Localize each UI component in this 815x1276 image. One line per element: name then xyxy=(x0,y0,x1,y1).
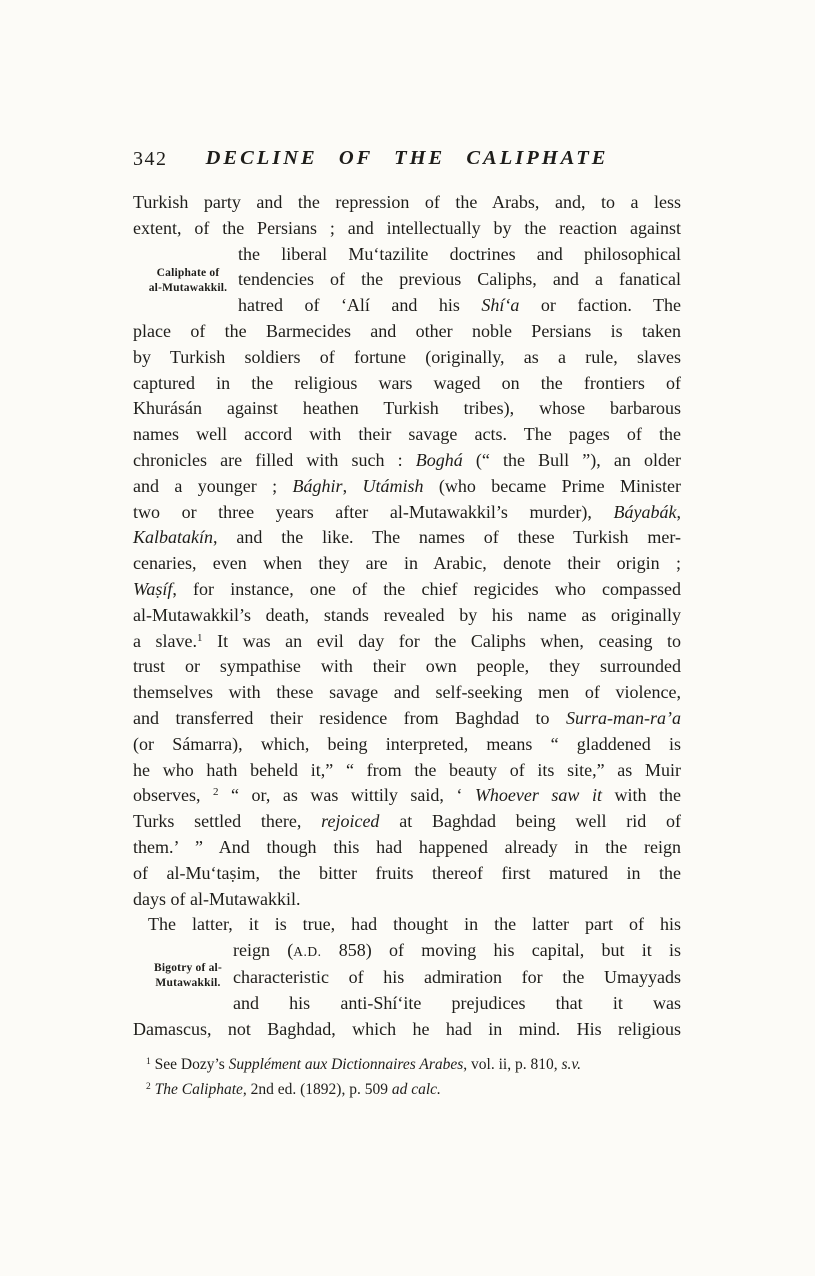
text-line: cenaries, even when they are in Arabic, … xyxy=(133,551,681,577)
text-segment: at Baghdad being well rid of xyxy=(379,811,681,831)
text-segment: he who hath beheld it,” “ from the beaut… xyxy=(133,760,681,780)
text-line: Khurásán against heathen Turkish tribes)… xyxy=(133,396,681,422)
text-segment: and a younger ; xyxy=(133,476,293,496)
italic-text: Boghá xyxy=(416,450,463,470)
text-segment: , xyxy=(343,476,363,496)
text-segment: chronicles are filled with such : xyxy=(133,450,416,470)
italic-text: Waṣíf xyxy=(133,579,172,599)
text-segment: (or Sámarra), which, being interpreted, … xyxy=(133,734,681,754)
text-segment: trust or sympathise with their own peopl… xyxy=(133,656,681,676)
text-line: tendencies of the previous Caliphs, and … xyxy=(238,267,681,293)
text-line: two or three years after al-Mutawakkil’s… xyxy=(133,500,681,526)
italic-text: Bághir xyxy=(293,476,343,496)
text-segment: and his anti-Shí‘ite prejudices that it … xyxy=(233,993,681,1013)
text-segment: them.’ ” And though this had happened al… xyxy=(133,837,681,857)
text-line: reign (A.D. 858) of moving his capital, … xyxy=(233,938,681,965)
italic-text: rejoiced xyxy=(321,811,379,831)
page-number: 342 xyxy=(133,148,168,171)
book-page: 342 DECLINE OF THE CALIPHATE Caliphate o… xyxy=(0,0,815,1276)
body-text: Turkish party and the repression of the … xyxy=(133,190,681,1042)
text-segment: of al-Mu‘taṣim, the bitter fruits thereo… xyxy=(133,863,681,883)
text-segment: The latter, it is true, had thought in t… xyxy=(148,914,681,934)
text-line: captured in the religious wars waged on … xyxy=(133,371,681,397)
text-segment: It was an evil day for the Caliphs when,… xyxy=(203,631,681,651)
text-segment: See Dozy’s xyxy=(151,1056,229,1073)
text-segment: themselves with these savage and self-se… xyxy=(133,682,681,702)
italic-text: Báyabák xyxy=(614,502,677,522)
page-header: 342 DECLINE OF THE CALIPHATE xyxy=(133,147,681,173)
text-segment: Khurásán against heathen Turkish tribes)… xyxy=(133,398,681,418)
running-title: DECLINE OF THE CALIPHATE xyxy=(133,147,681,170)
text-line: (or Sámarra), which, being interpreted, … xyxy=(133,732,681,758)
text-segment: , and the like. The names of these Turki… xyxy=(213,527,681,547)
text-line: them.’ ” And though this had happened al… xyxy=(133,835,681,861)
text-segment: reign ( xyxy=(233,940,293,960)
text-segment: , 2nd ed. (1892), p. 509 xyxy=(243,1081,392,1098)
text-line: Damascus, not Baghdad, which he had in m… xyxy=(133,1017,681,1043)
text-segment: or faction. The xyxy=(519,295,681,315)
text-line: of al-Mu‘taṣim, the bitter fruits thereo… xyxy=(133,861,681,887)
text-segment: “ or, as was wittily said, ‘ xyxy=(219,785,475,805)
text-line: he who hath beheld it,” “ from the beaut… xyxy=(133,758,681,784)
text-line: by Turkish soldiers of fortune (original… xyxy=(133,345,681,371)
text-segment: Turks settled there, xyxy=(133,811,321,831)
text-segment: , for instance, one of the chief regicid… xyxy=(172,579,681,599)
text-line: characteristic of his admiration for the… xyxy=(233,965,681,991)
text-line: hatred of ‘Alí and his Shí‘a or faction.… xyxy=(238,293,681,319)
text-segment: extent, of the Persians ; and intellectu… xyxy=(133,218,681,238)
text-segment: observes, xyxy=(133,785,213,805)
italic-text: The Caliphate xyxy=(155,1081,243,1098)
text-line: Waṣíf, for instance, one of the chief re… xyxy=(133,577,681,603)
text-line: extent, of the Persians ; and intellectu… xyxy=(133,216,681,242)
italic-text: ad calc. xyxy=(392,1081,441,1098)
text-segment: names well accord with their savage acts… xyxy=(133,424,681,444)
text-segment: cenaries, even when they are in Arabic, … xyxy=(133,553,681,573)
text-segment: (“ the Bull ”), an older xyxy=(463,450,681,470)
text-segment: A.D. xyxy=(293,944,321,959)
text-line: the liberal Mu‘tazilite doctrines and ph… xyxy=(238,242,681,268)
text-segment: by Turkish soldiers of fortune (original… xyxy=(133,347,681,367)
text-segment: with the xyxy=(602,785,681,805)
text-line: days of al-Mutawakkil. xyxy=(133,887,681,913)
text-line: and his anti-Shí‘ite prejudices that it … xyxy=(233,991,681,1017)
footnote-line: 2 The Caliphate, 2nd ed. (1892), p. 509 … xyxy=(133,1077,681,1102)
italic-text: Surra-man-ra’a xyxy=(566,708,681,728)
text-line: and transferred their residence from Bag… xyxy=(133,706,681,732)
italic-text: Supplément aux Dictionnaires Arabes xyxy=(229,1056,464,1073)
italic-text: Whoever saw it xyxy=(475,785,602,805)
text-segment: captured in the religious wars waged on … xyxy=(133,373,681,393)
italic-text: Kalbatakín xyxy=(133,527,213,547)
footnotes: 1 See Dozy’s Supplément aux Dictionnaire… xyxy=(133,1052,681,1102)
text-line: names well accord with their savage acts… xyxy=(133,422,681,448)
text-segment: the liberal Mu‘tazilite doctrines and ph… xyxy=(238,244,681,264)
text-segment: two or three years after al-Mutawakkil’s… xyxy=(133,502,614,522)
text-segment: , vol. ii, p. 810, xyxy=(463,1056,561,1073)
text-segment: 858) of moving his capital, but it is xyxy=(321,940,681,960)
text-segment: a slave. xyxy=(133,631,197,651)
text-line: trust or sympathise with their own peopl… xyxy=(133,654,681,680)
text-segment: days of al-Mutawakkil. xyxy=(133,889,300,909)
text-line: Turkish party and the repression of the … xyxy=(133,190,681,216)
text-line: and a younger ; Bághir, Utámish (who bec… xyxy=(133,474,681,500)
text-line: chronicles are filled with such : Boghá … xyxy=(133,448,681,474)
text-segment: Damascus, not Baghdad, which he had in m… xyxy=(133,1019,681,1039)
text-line: themselves with these savage and self-se… xyxy=(133,680,681,706)
text-line: place of the Barmecides and other noble … xyxy=(133,319,681,345)
text-line: The latter, it is true, had thought in t… xyxy=(133,912,681,938)
text-segment: place of the Barmecides and other noble … xyxy=(133,321,681,341)
text-segment: (who became Prime Minister xyxy=(423,476,681,496)
text-line: al-Mutawakkil’s death, stands revealed b… xyxy=(133,603,681,629)
italic-text: s.v. xyxy=(561,1056,581,1073)
text-segment: , xyxy=(677,502,682,522)
text-line: observes, 2 “ or, as was wittily said, ‘… xyxy=(133,783,681,809)
text-segment: Turkish party and the repression of the … xyxy=(133,192,681,212)
italic-text: Utámish xyxy=(362,476,423,496)
text-segment: characteristic of his admiration for the… xyxy=(233,967,681,987)
italic-text: Shí‘a xyxy=(481,295,519,315)
text-segment: hatred of ‘Alí and his xyxy=(238,295,481,315)
text-line: Turks settled there, rejoiced at Baghdad… xyxy=(133,809,681,835)
text-segment: and transferred their residence from Bag… xyxy=(133,708,566,728)
text-segment: tendencies of the previous Caliphs, and … xyxy=(238,269,681,289)
text-line: a slave.1 It was an evil day for the Cal… xyxy=(133,629,681,655)
text-line: Kalbatakín, and the like. The names of t… xyxy=(133,525,681,551)
text-segment: al-Mutawakkil’s death, stands revealed b… xyxy=(133,605,681,625)
footnote-line: 1 See Dozy’s Supplément aux Dictionnaire… xyxy=(133,1052,681,1077)
